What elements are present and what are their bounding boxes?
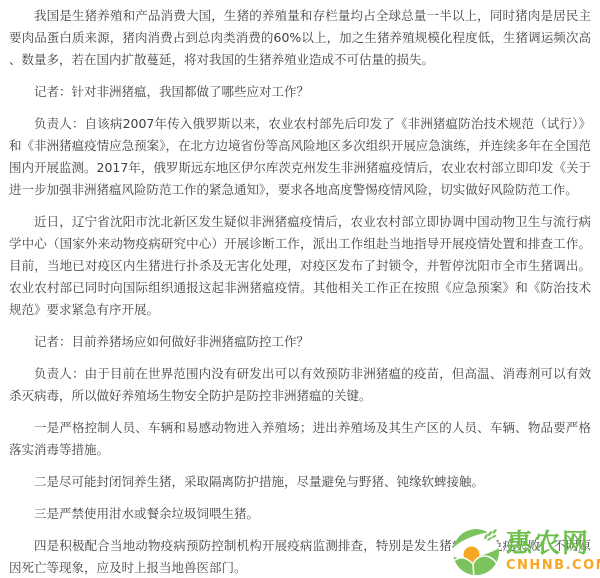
paragraph-official-answer-2: 负责人：由于目前在世界范围内没有研发出可以有效预防非洲猪瘟的疫苗，但高温、消毒剂… <box>9 363 591 407</box>
paragraph-official-answer-1: 负责人：自该病2007年传入俄罗斯以来，农业农村部先后印发了《非洲猪瘟防治技术规… <box>9 113 591 201</box>
logo-text: 惠农网 CNHNB.COM <box>506 531 600 572</box>
logo-site-name: 惠农网 <box>506 531 590 557</box>
site-logo-watermark: 惠农网 CNHNB.COM <box>451 526 600 576</box>
paragraph-measure-2: 二是尽可能封闭饲养生猪，采取隔离防护措施，尽量避免与野猪、钝缘软蜱接触。 <box>9 471 591 493</box>
paragraph-intro: 我国是生猪养殖和产品消费大国，生猪的养殖量和存栏量均占全球总量一半以上，同时猪肉… <box>9 5 591 71</box>
paragraph-recent-outbreak: 近日，辽宁省沈阳市沈北新区发生疑似非洲猪瘟疫情后，农业农村部立即协调中国动物卫生… <box>9 211 591 321</box>
article-body: 我国是生猪养殖和产品消费大国，生猪的养殖量和存栏量均占全球总量一半以上，同时猪肉… <box>0 0 600 578</box>
huinong-sun-fields-icon <box>451 526 501 576</box>
paragraph-measure-3: 三是严禁使用泔水或餐余垃圾饲喂生猪。 <box>9 503 591 525</box>
article-page: 我国是生猪养殖和产品消费大国，生猪的养殖量和存栏量均占全球总量一半以上，同时猪肉… <box>0 0 600 578</box>
paragraph-reporter-question-1: 记者：针对非洲猪瘟，我国都做了哪些应对工作？ <box>9 81 591 103</box>
paragraph-measure-1: 一是严格控制人员、车辆和易感动物进入养殖场；进出养殖场及其生产区的人员、车辆、物… <box>9 417 591 461</box>
logo-site-domain: CNHNB.COM <box>506 559 600 572</box>
paragraph-reporter-question-2: 记者：目前养猪场应如何做好非洲猪瘟防控工作？ <box>9 331 591 353</box>
